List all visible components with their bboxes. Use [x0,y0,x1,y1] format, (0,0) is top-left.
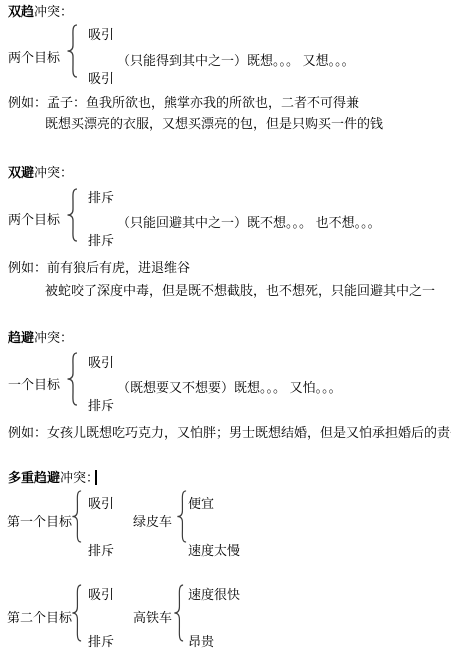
section-title-rest-part: 冲突： [34,165,73,180]
subject-label: 两个目标 [8,213,60,227]
left-brace-icon [66,352,78,406]
section-title-bold-part: 双避 [8,165,34,180]
branch-bottom-label: 吸引 [88,72,114,86]
section-title-approach-avoidance: 趋避冲突： [8,331,73,345]
section-title-approach-approach: 双趋冲突： [8,5,73,19]
section-title-bold-part: 双趋 [8,4,34,19]
section-title-rest-part: 冲突： [34,330,73,345]
example-line: 例如：孟子：鱼我所欲也，熊掌亦我的所欲也，二者不可得兼 [8,96,359,110]
text-cursor [95,470,97,485]
section-title-multiple-approach-avoidance: 多重趋避冲突： [8,471,99,485]
section-title-bold-part: 趋避 [8,330,34,345]
branch-bottom-label: 排斥 [88,234,114,248]
document-page[interactable]: 双趋冲突： 吸引 两个目标 （只能得到其中之一）既想。。。 又想。。。 吸引 例… [0,0,451,651]
branch-top-label: 吸引 [88,28,114,42]
goal-label: 第二个目标 [7,611,72,625]
left-brace-icon [176,490,187,543]
branch-top-label: 吸引 [88,588,114,602]
example-line: 例如：女孩儿既想吃巧克力，又怕胖；男士既想结婚，但是又怕承担婚后的责任 [8,426,451,440]
branch-bottom-label: 排斥 [88,399,114,413]
left-brace-icon [173,584,184,642]
section-title-bold-part: 多重趋避 [8,470,60,485]
left-brace-icon [66,24,78,78]
goal-label: 第一个目标 [7,515,72,529]
example-line: 被蛇咬了深度中毒，但是既不想截肢，也不想死，只能回避其中之一 [45,284,435,298]
branch-note: （只能回避其中之一）既不想。。。 也不想。。。 [117,216,381,230]
option-con-label: 昂贵 [188,635,214,649]
subject-label: 两个目标 [8,51,60,65]
subject-label: 一个目标 [8,378,60,392]
branch-note: （只能得到其中之一）既想。。。 又想。。。 [117,54,355,68]
branch-top-label: 吸引 [88,497,114,511]
branch-top-label: 排斥 [88,191,114,205]
left-brace-icon [71,490,82,543]
option-con-label: 速度太慢 [188,544,240,558]
section-title-rest-part: 冲突： [34,4,73,19]
left-brace-icon [71,584,82,642]
branch-bottom-label: 排斥 [88,635,114,649]
option-label: 高铁车 [133,611,172,625]
section-title-rest-part: 冲突： [60,470,99,485]
option-pro-label: 便宜 [188,497,214,511]
option-label: 绿皮车 [133,515,172,529]
example-line: 既想买漂亮的衣服，又想买漂亮的包，但是只购买一件的钱 [45,117,383,131]
left-brace-icon [66,188,78,242]
branch-note: （既想要又不想要）既想。。。 又怕。。。 [117,381,342,395]
option-pro-label: 速度很快 [188,588,240,602]
section-title-avoidance-avoidance: 双避冲突： [8,166,73,180]
branch-bottom-label: 排斥 [88,544,114,558]
example-line: 例如：前有狼后有虎，进退维谷 [8,261,190,275]
branch-top-label: 吸引 [88,356,114,370]
